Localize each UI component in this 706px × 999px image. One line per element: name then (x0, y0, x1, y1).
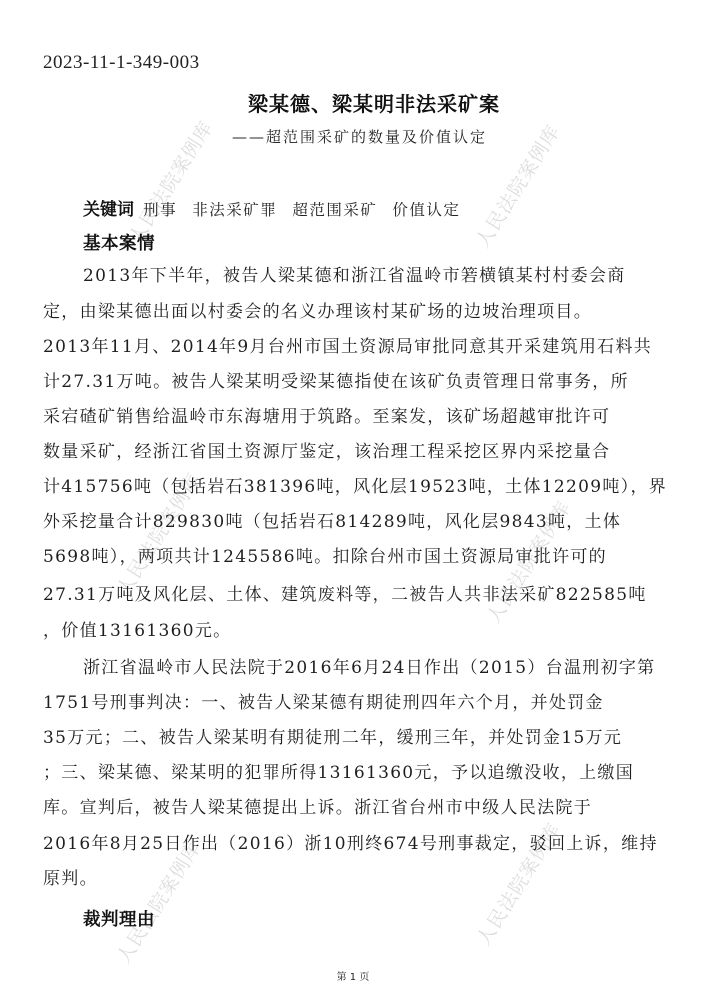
body-line: 27.31万吨及风化层、土体、建筑废料等，二被告人共非法采矿822585吨 (43, 585, 683, 605)
body-line: ，价值13161360元。 (43, 621, 683, 641)
page-number: 第 1 页 (0, 968, 706, 983)
body-line: 定，由梁某德出面以村委会的名义办理该村某矿场的边坡治理项目。 (43, 302, 683, 322)
body-line: ；三、梁某德、梁某明的犯罪所得13161360元，予以追缴没收，上缴国 (43, 763, 683, 783)
body-line: 35万元；二、被告人梁某明有期徒刑二年，缓刑三年，并处罚金15万元 (43, 728, 683, 748)
body-line: 2016年8月25日作出（2016）浙10刑终674号刑事裁定，驳回上诉，维持 (43, 834, 683, 854)
document-title: 梁某德、梁某明非法采矿案 (248, 88, 500, 117)
keyword: 非法采矿罪 (192, 201, 277, 219)
keyword: 价值认定 (392, 201, 460, 219)
body-line: 2013年11月、2014年9月台州市国土资源局审批同意其开采建筑用石料共 (43, 337, 683, 357)
body-line: 5698吨），两项共计1245586吨。扣除台州市国土资源局审批许可的 (43, 547, 683, 567)
body-line: 计415756吨（包括岩石381396吨，风化层19523吨，土体12209吨）… (43, 477, 683, 497)
body-line: 浙江省温岭市人民法院于2016年6月24日作出（2015）台温刑初字第 (83, 658, 706, 678)
body-line: 2013年下半年，被告人梁某德和浙江省温岭市箬横镇某村村委会商 (83, 266, 706, 286)
case-id: 2023-11-1-349-003 (43, 52, 200, 74)
section-heading-basic-facts: 基本案情 (83, 230, 155, 255)
body-line: 原判。 (43, 869, 683, 889)
keyword: 超范围采矿 (292, 201, 377, 219)
body-line: 数量采矿，经浙江省国土资源厅鉴定，该治理工程采挖区界内采挖量合 (43, 442, 683, 462)
keyword: 刑事 (143, 201, 177, 219)
body-line: 采宕碴矿销售给温岭市东海塘用于筑路。至案发，该矿场超越审批许可 (43, 407, 683, 427)
section-heading-judgment-reasons: 裁判理由 (83, 906, 155, 931)
document-subtitle: ——超范围采矿的数量及价值认定 (232, 126, 487, 147)
body-line: 外采挖量合计829830吨（包括岩石814289吨，风化层9843吨，土体 (43, 512, 683, 532)
body-line: 计27.31万吨。被告人梁某明受梁某德指使在该矿负责管理日常事务，所 (43, 372, 683, 392)
keywords-label: 关键词 (83, 200, 134, 220)
body-line: 库。宣判后，被告人梁某德提出上诉。浙江省台州市中级人民法院于 (43, 798, 683, 818)
body-line: 1751号刑事判决：一、被告人梁某德有期徒刑四年六个月，并处罚金 (43, 693, 683, 713)
document-page: 人民法院案例库 人民法院案例库 人民法院案例库 人民法院案例库 人民法院案例库 … (0, 0, 706, 999)
keywords-row: 关键词 刑事 非法采矿罪 超范围采矿 价值认定 (83, 195, 470, 220)
watermark: 人民法院案例库 (109, 835, 206, 968)
watermark: 人民法院案例库 (121, 115, 218, 248)
